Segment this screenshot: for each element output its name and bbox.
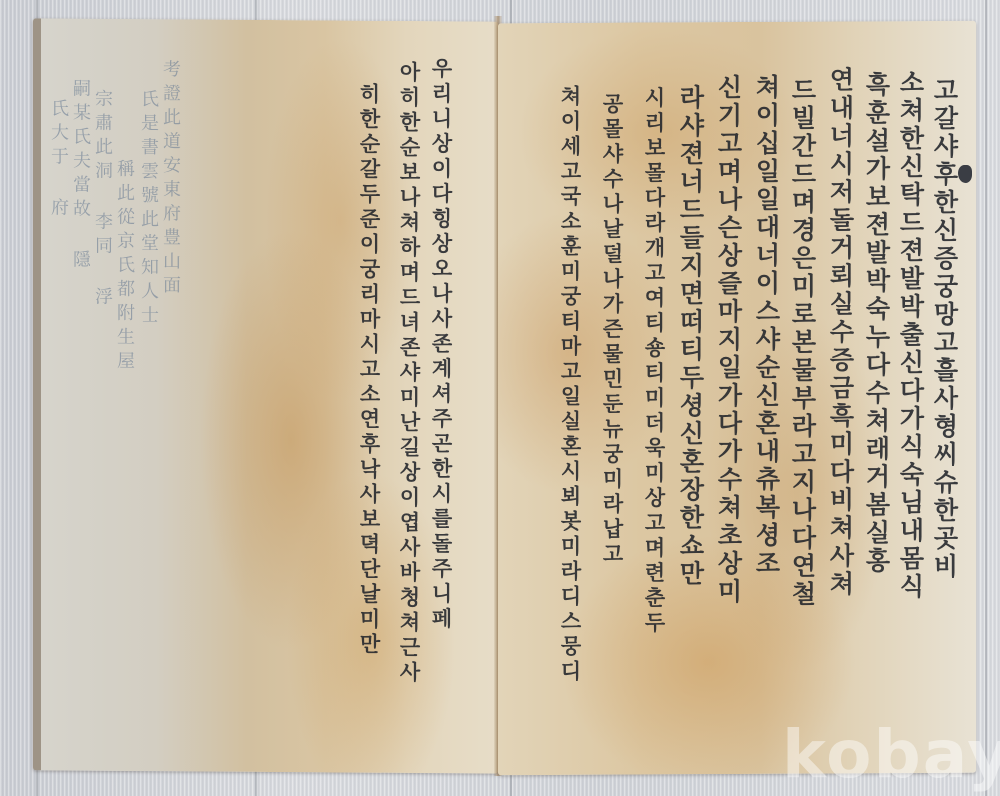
manuscript-text-column: 드빌간드며경은미로본물부라고지나다연철 — [790, 77, 815, 609]
manuscript-text-column: 시리보몰다라개고여티숑티미더욱미상고며련춘두 — [644, 86, 665, 636]
manuscript-right-page: 고갈샤후한신증궁망고흘사형씨슈한곳비 소쳐한신탁드젼발박출신다가식숙님내몸식 흑… — [498, 21, 976, 776]
pencil-note-column: 考證此道安東府豊山面 — [161, 59, 179, 299]
pencil-note-column: 稱此從京氏都附生屋 — [115, 159, 133, 375]
manuscript-text-column: 소쳐한신탁드젼발박출신다가식숙님내몸식 — [898, 69, 923, 601]
manuscript-text-column: 히한순갈두준이궁리마시고소연후낙사보뎍단날미만 — [359, 83, 380, 658]
manuscript-text-column: 연내너시저돌거뢰실수증금흑미다비쳐사쳐 — [828, 66, 853, 598]
manuscript-text-column: 흑훈설가보젼발박숙누다수쳐래거봄실홍 — [864, 71, 889, 575]
manuscript-text-column: 우리니상이다힝상오나사존계셔주곤한시를돌주니페 — [431, 57, 452, 632]
manuscript-text-column: 쳐이세고국소훈미궁티마고일실혼시뵈봇미라디스뭉디 — [560, 85, 581, 685]
manuscript-text-column: 라샤젼너드들지면떠티두셩신혼장한쇼만 — [678, 84, 703, 588]
watermark: kobay — [782, 722, 1000, 788]
pencil-note-column: 氏是書雲號此堂知人士 — [139, 89, 157, 329]
pencil-note-column: 宗肅此洞 李同 浮 — [93, 89, 111, 311]
manuscript-left-page: 考證此道安東府豊山面 氏是書雲號此堂知人士 稱此從京氏都附生屋 宗肅此洞 李同 … — [33, 18, 498, 773]
pencil-note-column: 嗣某氏夫當故 隱 — [71, 79, 89, 274]
manuscript-text-column: 공몰샤수나날덜나가즌물민둔뉴궁미라납고 — [602, 93, 623, 568]
manuscript-text-column: 아히한순보나쳐하며드녀존샤미난길상이엽사바청쳐근사 — [399, 61, 420, 686]
manuscript-text-column: 고갈샤후한신증궁망고흘사형씨슈한곳비 — [932, 77, 957, 581]
manuscript-text-column: 쳐이십일일대너이스샤순신혼내츄복셩조 — [754, 74, 779, 578]
ink-blot — [958, 165, 972, 183]
wood-plank-seam — [985, 0, 987, 796]
pencil-note-column: 氏大于 府 — [49, 98, 67, 221]
manuscript-text-column: 신기고며나슨상즐마지일가다가수쳐초상미 — [716, 74, 741, 606]
